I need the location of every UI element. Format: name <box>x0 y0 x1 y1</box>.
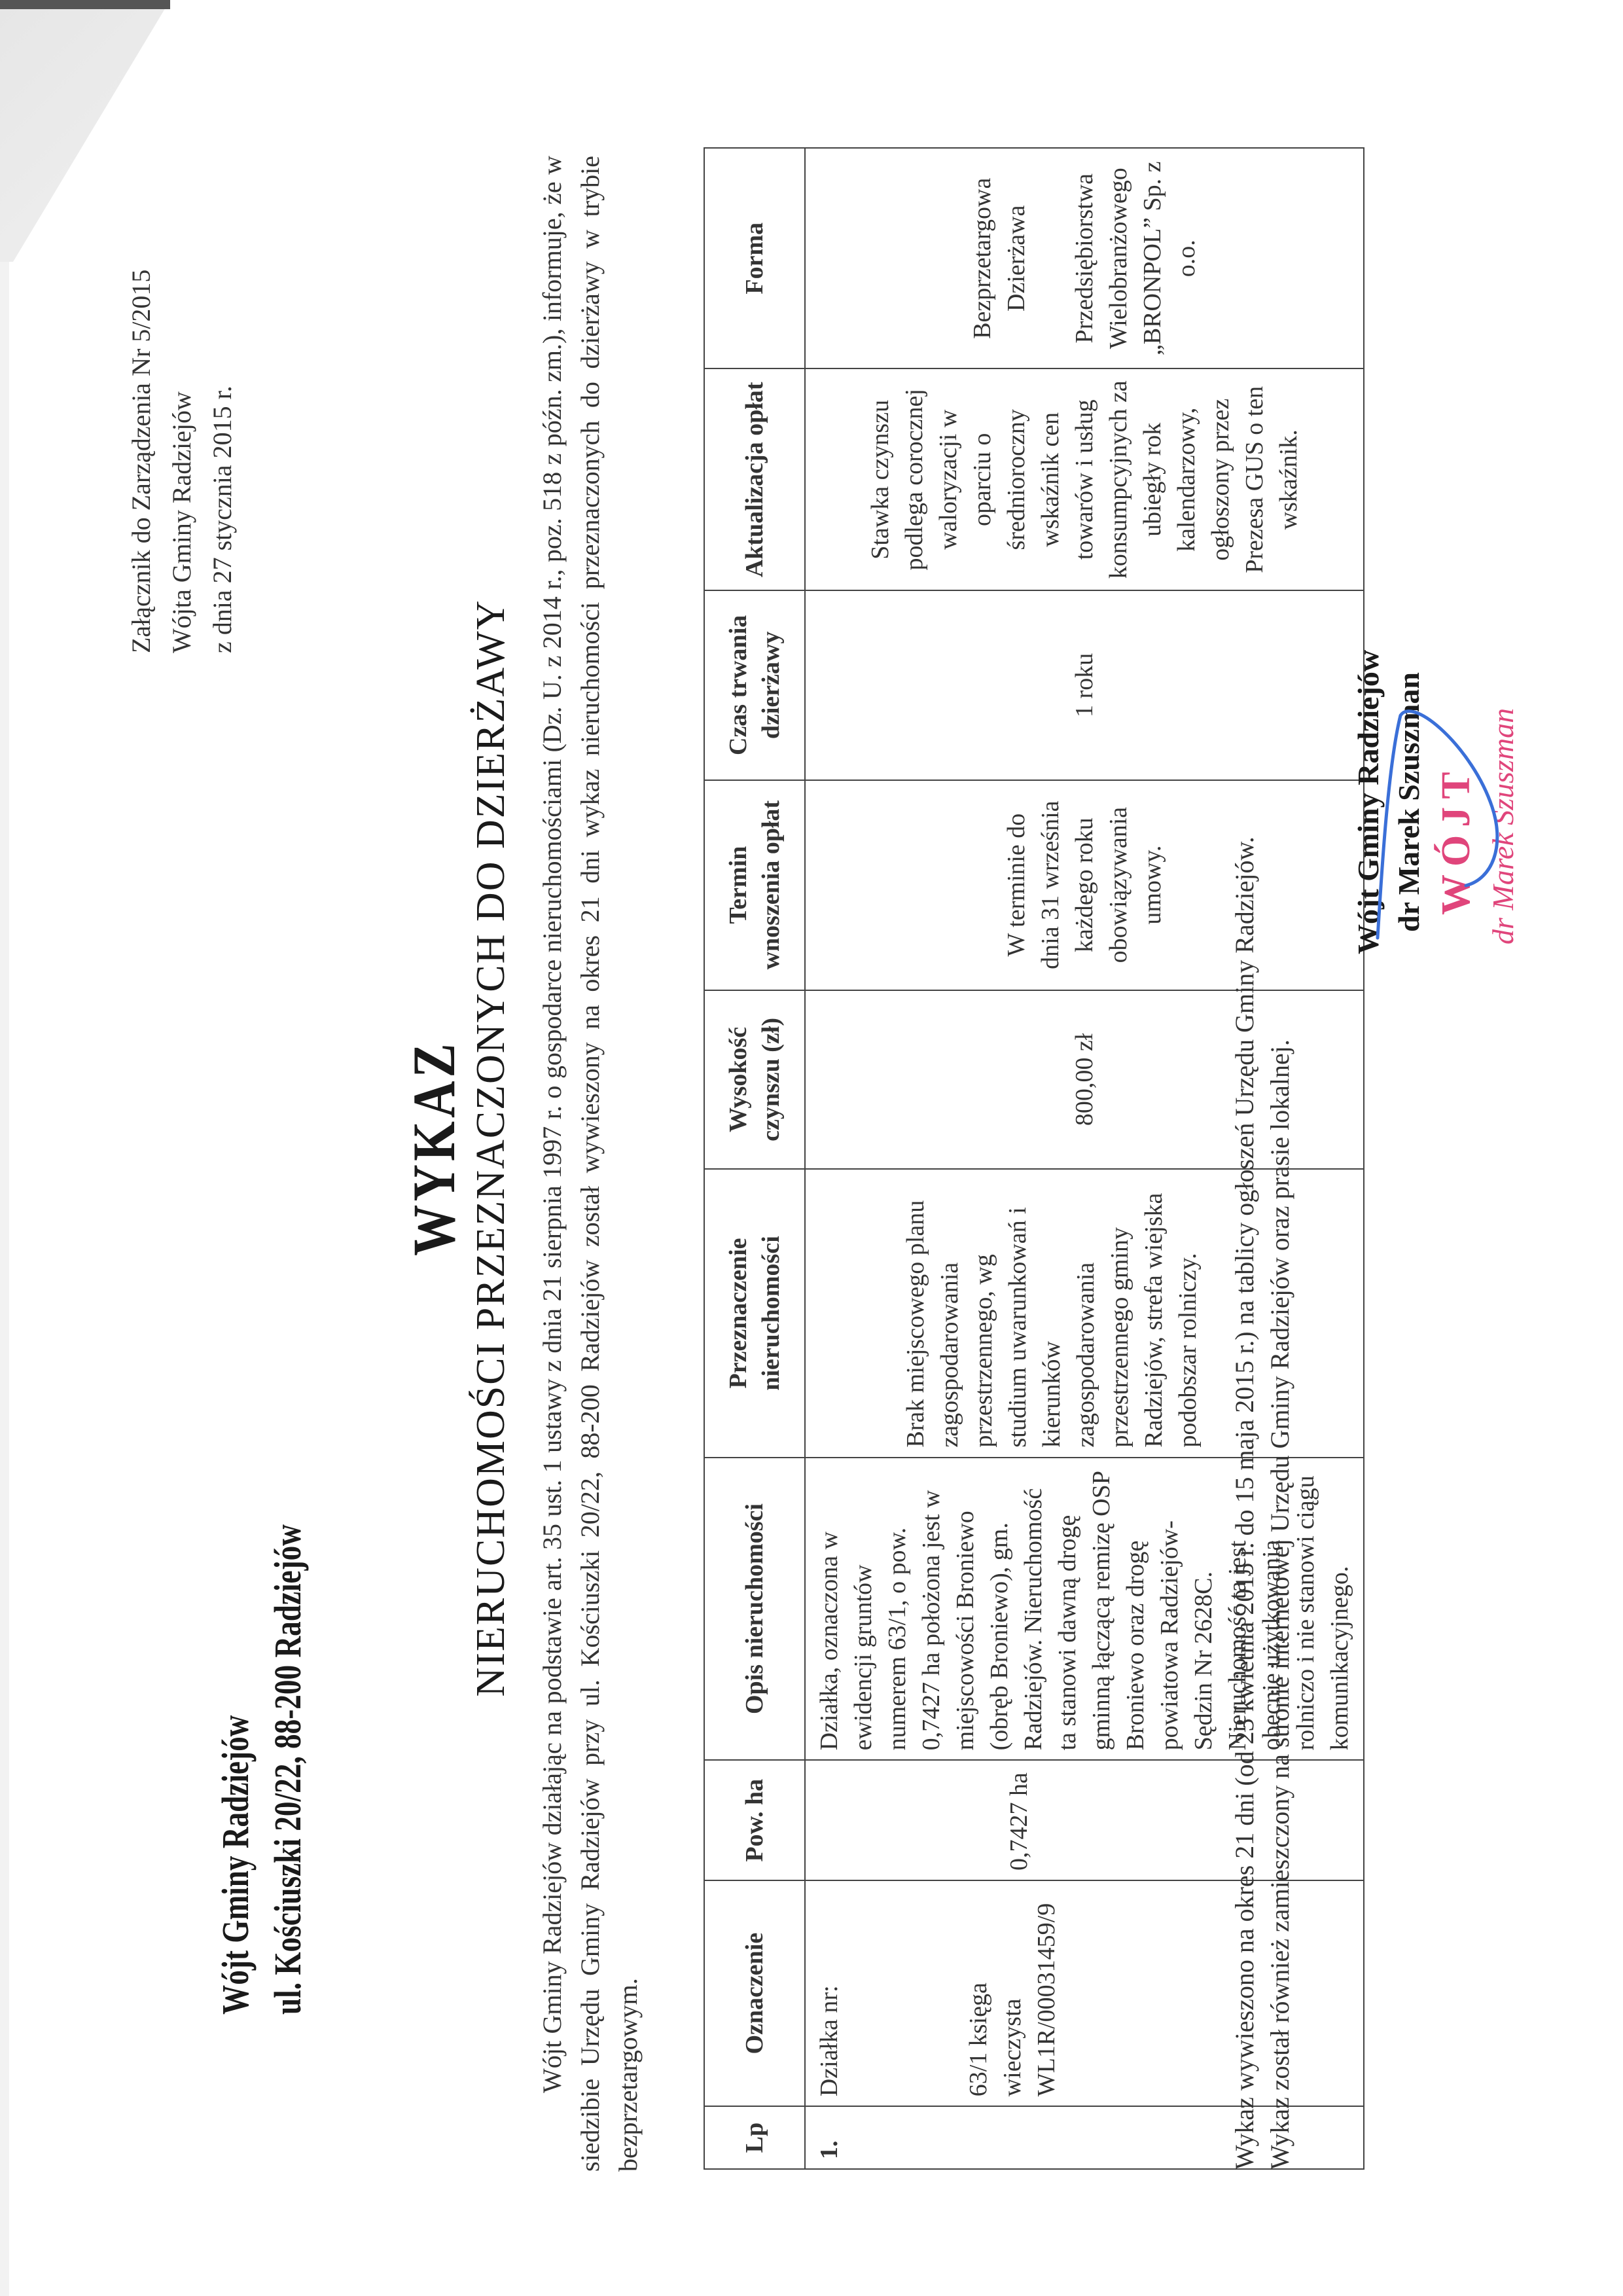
intro-text: Wójt Gminy Radziejów działając na podsta… <box>533 156 647 2172</box>
annex-reference: Załącznik do Zarządzenia Nr 5/2015 Wójta… <box>121 270 243 653</box>
document-subtitle: NIERUCHOMOŚCI PRZEZNACZONYCH DO DZIERŻAW… <box>468 0 514 2296</box>
letterhead: Wójt Gminy Radziejów ul. Kościuszki 20/2… <box>209 1524 314 2015</box>
forma-party: Przedsiębiorstwa Wielobranżowego „BRONPO… <box>1067 158 1204 359</box>
cell-aktualizacja: Stawka czynszu podlega corocznej waloryz… <box>805 369 1364 591</box>
letterhead-address: ul. Kościuszki 20/22, 88-200 Radziejów <box>262 1524 314 2015</box>
footer-notes: Wykaz wywieszono na okres 21 dni (od 23 … <box>1227 836 1298 2170</box>
przeznaczenie-value: Brak miejscowego planu zagospodarowania … <box>899 1179 1205 1447</box>
col-pow: Pow. ha <box>704 1760 805 1880</box>
col-oznaczenie: Oznaczenie <box>704 1880 805 2106</box>
document-page: Załącznik do Zarządzenia Nr 5/2015 Wójta… <box>0 0 1623 2296</box>
col-przeznaczenie: Przeznaczenie nieruchomości <box>704 1169 805 1457</box>
intro-paragraph: Wójt Gminy Radziejów działając na podsta… <box>533 156 647 2172</box>
letterhead-authority: Wójt Gminy Radziejów <box>209 1524 262 2015</box>
forma-type: Bezprzetargowa Dzierżawa <box>965 158 1033 359</box>
document-title: WYKAZ <box>399 172 469 2124</box>
col-opis: Opis nieruchomości <box>704 1458 805 1761</box>
col-termin: Termin wnoszenia opłat <box>704 780 805 990</box>
oznaczenie-label: Działka nr: <box>812 1890 846 2096</box>
cell-forma: Bezprzetargowa Dzierżawa Przedsiębiorstw… <box>805 148 1364 369</box>
annex-line-1: Załącznik do Zarządzenia Nr 5/2015 <box>121 270 162 653</box>
table-header-row: Lp Oznaczenie Pow. ha Opis nieruchomości… <box>704 148 805 2169</box>
col-wysokosc: Wysokość czynszu (zł) <box>704 990 805 1170</box>
oznaczenie-value: 63/1 księga wieczysta WL1R/00031459/9 <box>961 1890 1063 2096</box>
footer-line-1: Wykaz wywieszono na okres 21 dni (od 23 … <box>1227 836 1262 2170</box>
cell-czas: 1 roku <box>805 590 1364 780</box>
annex-line-3: z dnia 27 stycznia 2015 r. <box>202 270 243 653</box>
col-forma: Forma <box>704 148 805 369</box>
handwritten-signature-icon <box>1374 689 1518 964</box>
footer-line-2: Wykaz został również zamieszczony na str… <box>1262 836 1298 2170</box>
annex-line-2: Wójta Gminy Radziejów <box>162 270 202 653</box>
col-czas: Czas trwania dzierżawy <box>704 590 805 780</box>
col-lp: Lp <box>704 2106 805 2169</box>
pow-value: 0,7427 ha <box>1002 1770 1036 1871</box>
col-aktualizacja: Aktualizacja opłat <box>704 369 805 591</box>
